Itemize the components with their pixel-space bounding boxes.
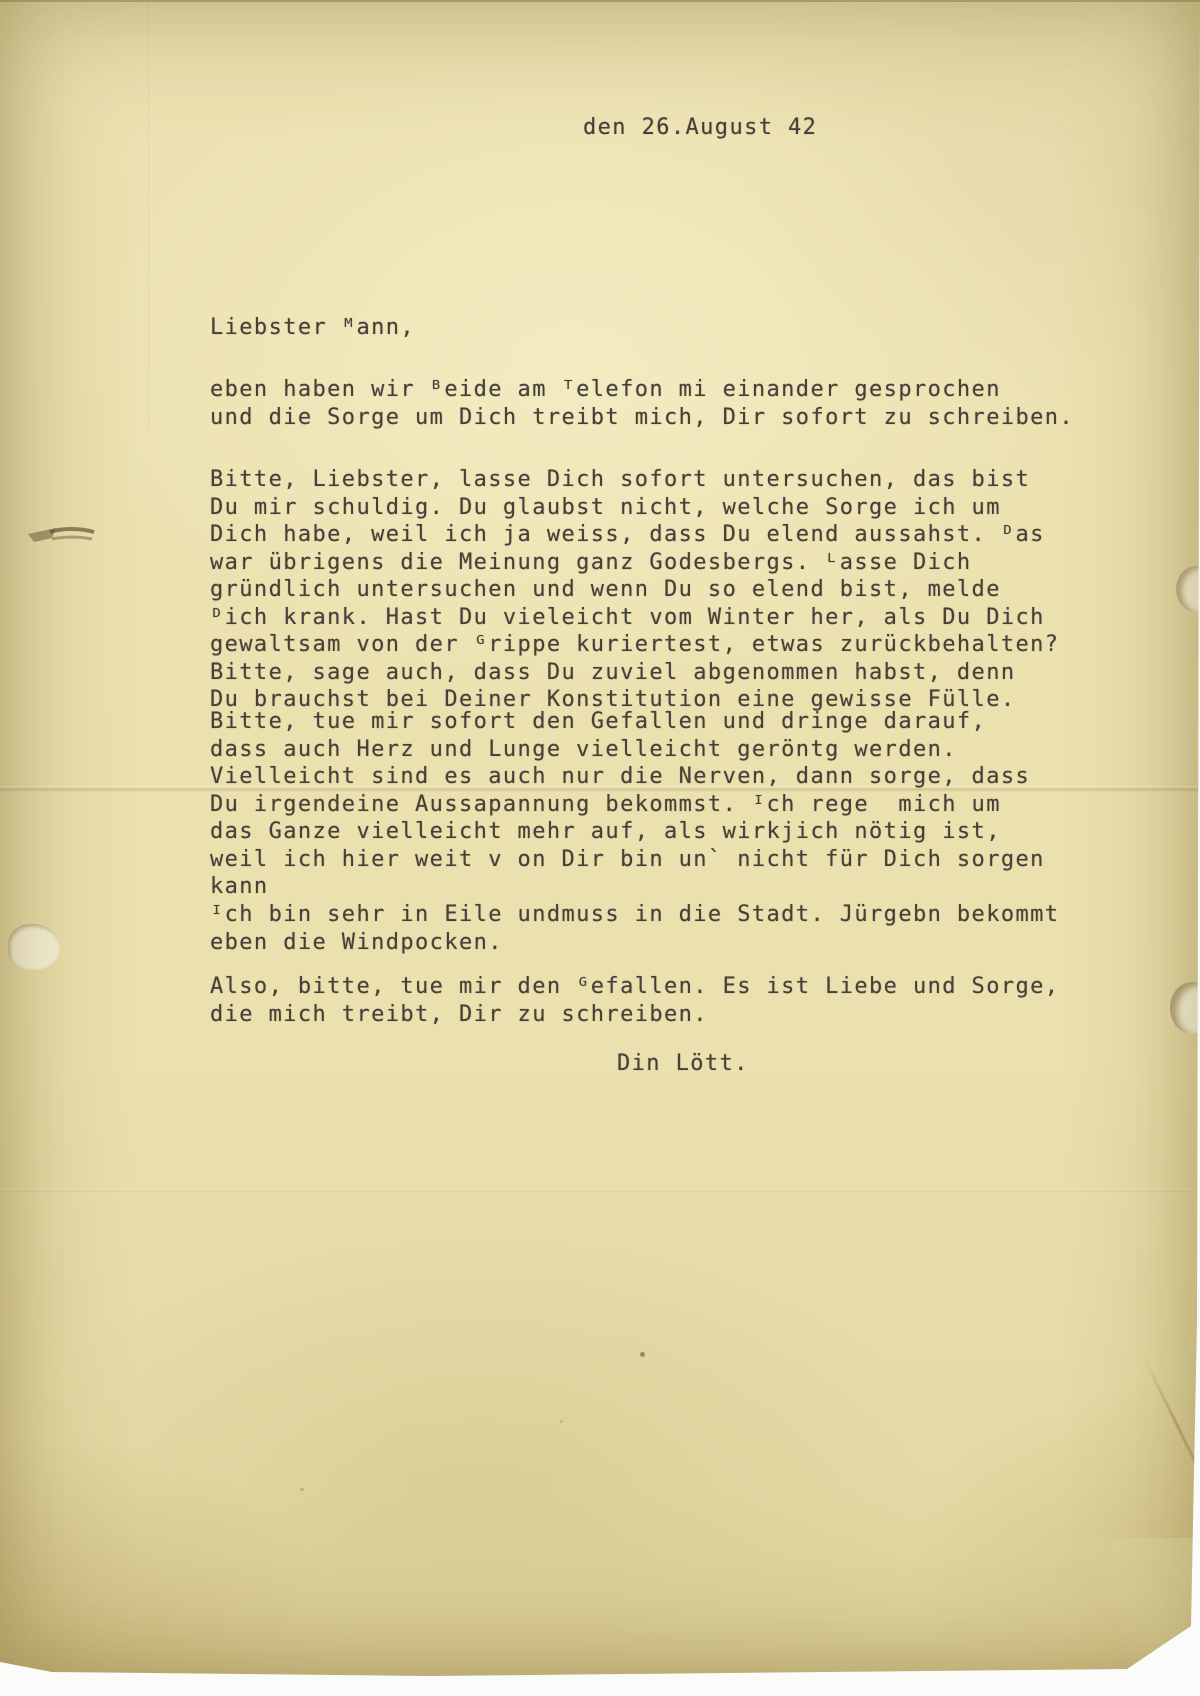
letter-salutation: Liebster ᴹann, (210, 314, 415, 342)
paragraph-1: eben haben wir ᴮeide am ᵀelefon mi einan… (210, 376, 1074, 431)
paragraph-2: Bitte, Liebster, lasse Dich sofort unter… (210, 466, 1059, 714)
letter-page: den 26.August 42 Liebster ᴹann, eben hab… (0, 0, 1200, 1696)
staple-mark (22, 512, 102, 552)
corner-crease-line (1143, 1358, 1200, 1530)
paragraph-4: ᴵch bin sehr in Eile undmuss in die Stad… (210, 901, 1059, 956)
tear-mark-left (8, 924, 60, 970)
letter-signature: Din Lött. (617, 1050, 749, 1078)
paragraph-5: Also, bitte, tue mir den ᴳefallen. Es is… (210, 973, 1059, 1028)
vertical-crease (148, 0, 151, 430)
ink-speck (640, 1352, 645, 1357)
punch-notch-right-top (1176, 566, 1200, 612)
letter-date: den 26.August 42 (583, 114, 817, 142)
paragraph-3: Bitte, tue mir sofort den Gefallen und d… (210, 708, 1045, 901)
corner-fold-shading (1048, 1538, 1198, 1678)
faint-lower-crease (0, 1188, 1200, 1192)
ink-speck (560, 1420, 563, 1423)
scan-top-edge (0, 0, 1200, 2)
punch-notch-right-bottom (1170, 982, 1200, 1034)
ink-speck (300, 1488, 304, 1491)
